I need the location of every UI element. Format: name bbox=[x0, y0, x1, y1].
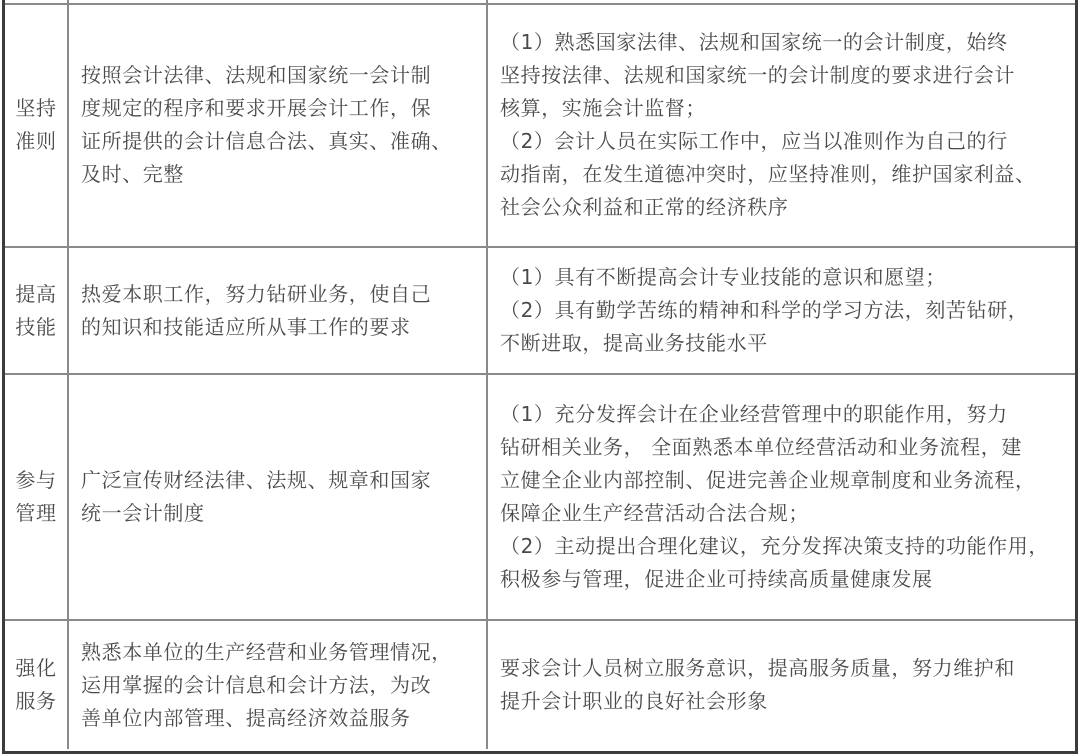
table-row: 提高 技能 热爱本职工作，努力钻研业务，使自己 的知识和技能适应所从事工作的要求… bbox=[5, 247, 1075, 374]
requirement-line: 热爱本职工作，努力钻研业务，使自己 bbox=[81, 278, 476, 311]
principle-name-line: 参与 bbox=[7, 464, 65, 497]
ethics-requirements-table: 坚持 准则 按照会计法律、法规和国家统一会计制 度规定的程序和要求开展会计工作，… bbox=[5, 3, 1075, 749]
detail-line: 核算，实施会计监督； bbox=[500, 92, 1065, 125]
detail-line: 社会公众利益和正常的经济秩序 bbox=[500, 191, 1065, 224]
detail-line: 要求会计人员树立服务意识，提高服务质量，努力维护和 bbox=[500, 652, 1065, 685]
requirement-line: 广泛宣传财经法律、法规、规章和国家 bbox=[81, 464, 476, 497]
detail-line: 立健全企业内部控制、促进完善企业规章制度和业务流程， bbox=[500, 464, 1065, 497]
table-row: 坚持 准则 按照会计法律、法规和国家统一会计制 度规定的程序和要求开展会计工作，… bbox=[5, 3, 1075, 247]
detail-line: （2）具有勤学苦练的精神和科学的学习方法，刻苦钻研， bbox=[500, 294, 1065, 327]
detail-line: （1）充分发挥会计在企业经营管理中的职能作用，努力 bbox=[500, 398, 1065, 431]
detail-line: 保障企业生产经营活动合法合规； bbox=[500, 497, 1065, 530]
ethics-table: 坚持 准则 按照会计法律、法规和国家统一会计制 度规定的程序和要求开展会计工作，… bbox=[2, 0, 1078, 754]
detail-line: 积极参与管理，促进企业可持续高质量健康发展 bbox=[500, 563, 1065, 596]
requirement-line: 运用掌握的会计信息和会计方法，为改 bbox=[81, 669, 476, 702]
requirement-line: 善单位内部管理、提高经济效益服务 bbox=[81, 702, 476, 735]
detail-line: 不断进取，提高业务技能水平 bbox=[500, 327, 1065, 360]
requirement-line: 的知识和技能适应所从事工作的要求 bbox=[81, 311, 476, 344]
principle-name-line: 提高 bbox=[7, 278, 65, 311]
requirement-line: 度规定的程序和要求开展会计工作，保 bbox=[81, 92, 476, 125]
detail-cell: （1）充分发挥会计在企业经营管理中的职能作用，努力 钻研相关业务， 全面熟悉本单… bbox=[487, 374, 1075, 620]
requirement-line: 熟悉本单位的生产经营和业务管理情况， bbox=[81, 636, 476, 669]
detail-cell: 要求会计人员树立服务意识，提高服务质量，努力维护和 提升会计职业的良好社会形象 bbox=[487, 620, 1075, 749]
detail-line: （2）主动提出合理化建议，充分发挥决策支持的功能作用， bbox=[500, 530, 1065, 563]
detail-line: （1）熟悉国家法律、法规和国家统一的会计制度，始终 bbox=[500, 26, 1065, 59]
principle-name-cell: 坚持 准则 bbox=[5, 3, 68, 247]
principle-name-line: 准则 bbox=[7, 125, 65, 158]
principle-name-line: 坚持 bbox=[7, 92, 65, 125]
detail-line: 动指南，在发生道德冲突时，应坚持准则，维护国家利益、 bbox=[500, 158, 1065, 191]
requirement-cell: 热爱本职工作，努力钻研业务，使自己 的知识和技能适应所从事工作的要求 bbox=[68, 247, 487, 374]
principle-name-line: 技能 bbox=[7, 311, 65, 344]
detail-cell: （1）具有不断提高会计专业技能的意识和愿望； （2）具有勤学苦练的精神和科学的学… bbox=[487, 247, 1075, 374]
requirement-line: 及时、完整 bbox=[81, 158, 476, 191]
principle-name-line: 管理 bbox=[7, 497, 65, 530]
requirement-line: 统一会计制度 bbox=[81, 497, 476, 530]
principle-name-cell: 强化 服务 bbox=[5, 620, 68, 749]
detail-cell: （1）熟悉国家法律、法规和国家统一的会计制度，始终 坚持按法律、法规和国家统一的… bbox=[487, 3, 1075, 247]
detail-line: （2）会计人员在实际工作中，应当以准则作为自己的行 bbox=[500, 125, 1065, 158]
detail-line: 坚持按法律、法规和国家统一的会计制度的要求进行会计 bbox=[500, 59, 1065, 92]
principle-name-line: 服务 bbox=[7, 685, 65, 718]
detail-line: 钻研相关业务， 全面熟悉本单位经营活动和业务流程，建 bbox=[500, 431, 1065, 464]
detail-line: 提升会计职业的良好社会形象 bbox=[500, 685, 1065, 718]
requirement-line: 按照会计法律、法规和国家统一会计制 bbox=[81, 59, 476, 92]
requirement-cell: 按照会计法律、法规和国家统一会计制 度规定的程序和要求开展会计工作，保 证所提供… bbox=[68, 3, 487, 247]
requirement-line: 证所提供的会计信息合法、真实、准确、 bbox=[81, 125, 476, 158]
requirement-cell: 熟悉本单位的生产经营和业务管理情况， 运用掌握的会计信息和会计方法，为改 善单位… bbox=[68, 620, 487, 749]
requirement-cell: 广泛宣传财经法律、法规、规章和国家 统一会计制度 bbox=[68, 374, 487, 620]
principle-name-cell: 参与 管理 bbox=[5, 374, 68, 620]
principle-name-cell: 提高 技能 bbox=[5, 247, 68, 374]
table-row: 参与 管理 广泛宣传财经法律、法规、规章和国家 统一会计制度 （1）充分发挥会计… bbox=[5, 374, 1075, 620]
detail-line: （1）具有不断提高会计专业技能的意识和愿望； bbox=[500, 261, 1065, 294]
principle-name-line: 强化 bbox=[7, 652, 65, 685]
table-row: 强化 服务 熟悉本单位的生产经营和业务管理情况， 运用掌握的会计信息和会计方法，… bbox=[5, 620, 1075, 749]
